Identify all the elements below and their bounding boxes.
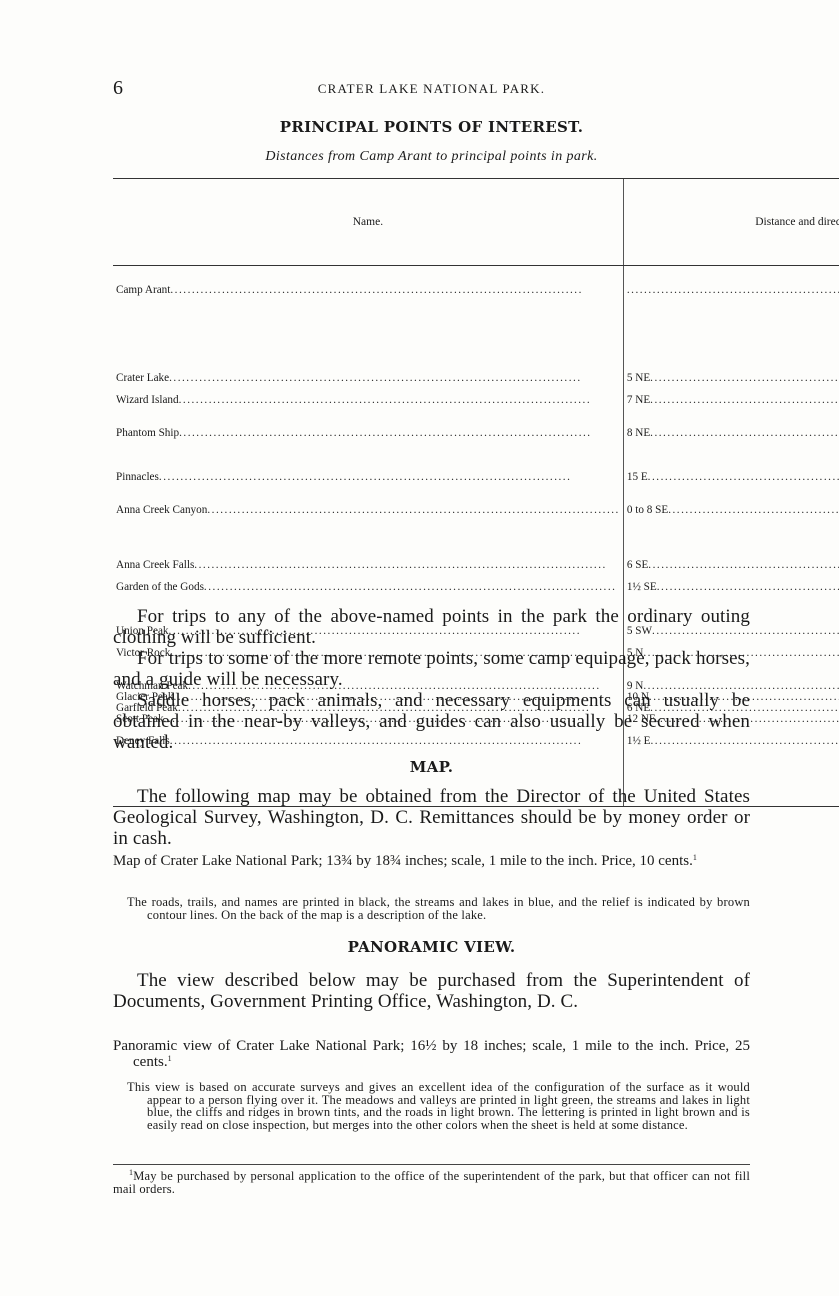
col-header-distance: Distance and direc- tion from Camp Arant…	[623, 179, 839, 266]
cell-distance-text: 15 E	[627, 472, 648, 483]
panoramic-intro: The view described below may be purchase…	[113, 970, 750, 1012]
dot-leader	[657, 582, 839, 593]
cell-distance-text: 0 to 8 SE	[627, 505, 668, 516]
panoramic-description: This view is based on accurate surveys a…	[113, 1081, 750, 1131]
cell-name-text: Phantom Ship	[116, 428, 179, 439]
cell-distance: 7 NE	[623, 395, 839, 428]
cell-distance-text: 6 SE	[627, 560, 648, 571]
dot-leader	[627, 285, 839, 296]
cell-name: Anna Creek Falls	[113, 560, 623, 582]
paragraph: Saddle horses, pack animals, and necessa…	[113, 690, 750, 753]
table-row: Camp Arant6, 016At this point are locate…	[113, 285, 839, 373]
cell-name: Wizard Island	[113, 395, 623, 428]
cell-name: Anna Creek Canyon	[113, 505, 623, 560]
table-row: Anna Creek Falls6 SE5, 480....doWaterfal…	[113, 560, 839, 582]
footnote-ref[interactable]: 1	[693, 853, 697, 862]
dot-leader	[207, 505, 620, 516]
dot-leader	[194, 560, 620, 571]
cell-distance-text: 1½ SE	[627, 582, 657, 593]
cell-name-text: Pinnacles	[116, 472, 159, 483]
dot-leader	[204, 582, 620, 593]
cell-distance-text: 8 NE	[627, 428, 650, 439]
paragraph: This view is based on accurate surveys a…	[113, 1081, 750, 1131]
table-row: Crater Lake5 NE6, 177Auto or wagonBeauti…	[113, 373, 839, 395]
cell-name-text: Anna Creek Falls	[116, 560, 194, 571]
cell-distance: 0 to 8 SE	[623, 505, 839, 560]
cell-name: Camp Arant	[113, 285, 623, 373]
running-title: CRATER LAKE NATIONAL PARK.	[113, 81, 750, 97]
unit-distance: Miles.	[623, 266, 839, 286]
cell-distance: 15 E	[623, 472, 839, 505]
dot-leader	[650, 428, 839, 439]
map-item-text: Map of Crater Lake National Park; 13¾ by…	[113, 853, 693, 869]
cell-name: Crater Lake	[113, 373, 623, 395]
cell-name-text: Garden of the Gods	[116, 582, 204, 593]
table-row: Anna Creek Canyon0 to 8 SE5, 000 to 6, 1…	[113, 505, 839, 560]
footnote-divider	[113, 1164, 750, 1165]
cell-name-text: Camp Arant	[116, 285, 170, 296]
table-row: Phantom Ship8 NE6, 339....doColumns of r…	[113, 428, 839, 472]
trips-paragraphs: For trips to any of the above-named poin…	[113, 606, 750, 753]
col-header-name: Name.	[113, 179, 623, 266]
paragraph: For trips to some of the more remote poi…	[113, 648, 750, 690]
cell-name-text: Anna Creek Canyon	[116, 505, 207, 516]
dot-leader	[668, 505, 839, 516]
paragraph: The following map may be obtained from t…	[113, 786, 750, 849]
dot-leader	[179, 395, 620, 406]
footnote: 1May be purchased by personal applicatio…	[113, 1170, 750, 1196]
dot-leader	[159, 472, 620, 483]
dot-leader	[650, 395, 839, 406]
paragraph: The view described below may be purchase…	[113, 970, 750, 1012]
section-title-panoramic-view: PANORAMIC VIEW.	[113, 938, 750, 956]
dot-leader	[170, 285, 619, 296]
units-row: Miles. Feet.	[113, 266, 839, 286]
panoramic-item: Panoramic view of Crater Lake National P…	[113, 1038, 750, 1070]
table-row: Wizard Island7 NE6, 940Auto and boatExti…	[113, 395, 839, 428]
table-caption: Distances from Camp Arant to principal p…	[113, 149, 750, 165]
map-item: Map of Crater Lake National Park; 13¾ by…	[113, 853, 750, 869]
map-description: The roads, trails, and names are printed…	[113, 896, 750, 921]
table-header-row: Name. Distance and direc- tion from Camp…	[113, 179, 839, 266]
cell-distance-text: 5 NE	[627, 373, 650, 384]
cell-name-text: Crater Lake	[116, 373, 169, 384]
paragraph: For trips to any of the above-named poin…	[113, 606, 750, 648]
cell-name-text: Wizard Island	[116, 395, 179, 406]
running-header: 6 CRATER LAKE NATIONAL PARK.	[113, 77, 750, 97]
dot-leader	[650, 373, 839, 384]
paragraph: The roads, trails, and names are printed…	[113, 896, 750, 921]
section-title-points-of-interest: PRINCIPAL POINTS OF INTEREST.	[113, 118, 750, 136]
panoramic-item-text: Panoramic view of Crater Lake National P…	[113, 1038, 750, 1070]
cell-distance	[623, 285, 839, 373]
footnote-text: May be purchased by personal application…	[113, 1169, 750, 1196]
map-intro: The following map may be obtained from t…	[113, 786, 750, 849]
dot-leader	[179, 428, 620, 439]
cell-distance: 8 NE	[623, 428, 839, 472]
cell-distance: 6 SE	[623, 560, 839, 582]
cell-name: Phantom Ship	[113, 428, 623, 472]
footnote-ref[interactable]: 1	[168, 1054, 172, 1063]
dot-leader	[648, 560, 839, 571]
cell-distance: 5 NE	[623, 373, 839, 395]
section-title-map: MAP.	[113, 758, 750, 776]
dot-leader	[169, 373, 620, 384]
table-row: Pinnacles15 EHorsebackMany pinnacles; fi…	[113, 472, 839, 505]
cell-name: Pinnacles	[113, 472, 623, 505]
dot-leader	[648, 472, 839, 483]
cell-distance-text: 7 NE	[627, 395, 650, 406]
